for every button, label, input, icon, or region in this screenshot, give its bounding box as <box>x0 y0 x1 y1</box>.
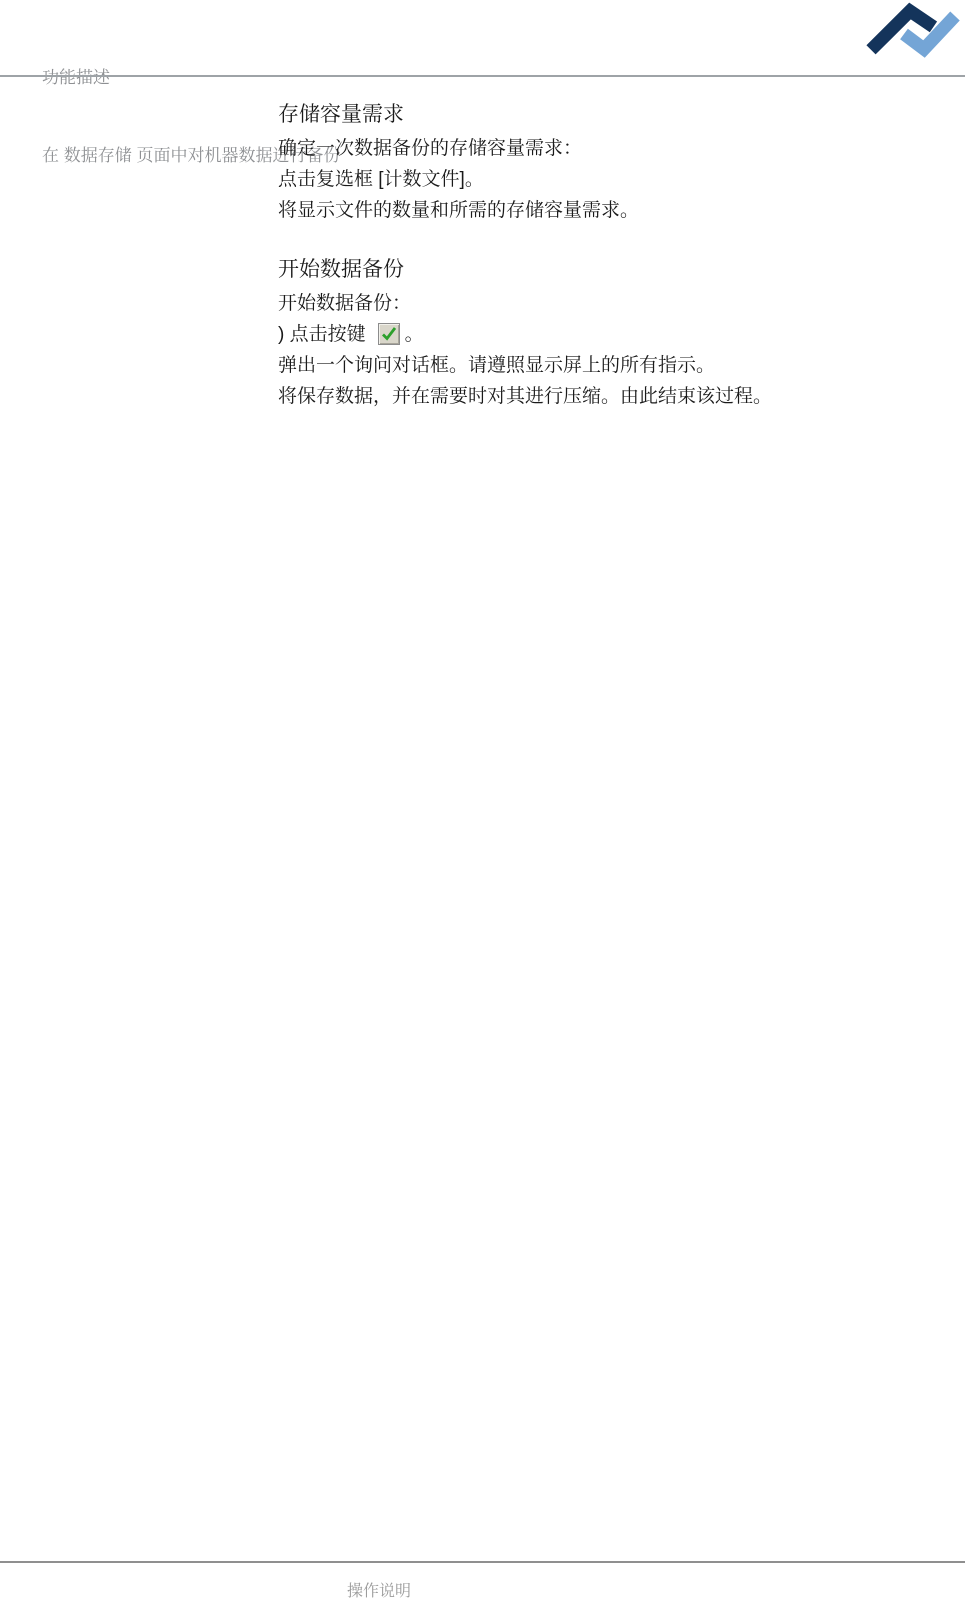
confirm-check-button-icon <box>378 323 400 345</box>
document-body: 存储容量需求 确定一次数据备份的存储容量需求： 点击复选框 [计数文件]。 将显… <box>278 101 898 412</box>
body-line: 点击复选框 [计数文件]。 <box>278 164 898 195</box>
footer-divider <box>0 1561 965 1563</box>
header-divider <box>0 75 965 77</box>
body-line: 确定一次数据备份的存储容量需求： <box>278 133 898 164</box>
step-prefix-text: ) 点击按键 <box>278 324 366 345</box>
body-line: 开始数据备份： <box>278 288 898 319</box>
body-line: 将保存数据，并在需要时对其进行压缩。由此结束该过程。 <box>278 381 898 412</box>
section-heading-storage: 存储容量需求 <box>278 101 898 129</box>
doc-type-label: 功能描述 <box>42 65 340 91</box>
brand-logo-icon <box>858 0 964 64</box>
body-line: 将显示文件的数量和所需的存储容量需求。 <box>278 195 898 226</box>
section-heading-backup: 开始数据备份 <box>278 256 898 284</box>
body-line: 弹出一个询问对话框。请遵照显示屏上的所有指示。 <box>278 350 898 381</box>
footer-doc-label: 操作说明 <box>347 1578 411 1601</box>
step-suffix-text: 。 <box>405 324 424 345</box>
step-line: ) 点击按键。 <box>278 319 898 350</box>
